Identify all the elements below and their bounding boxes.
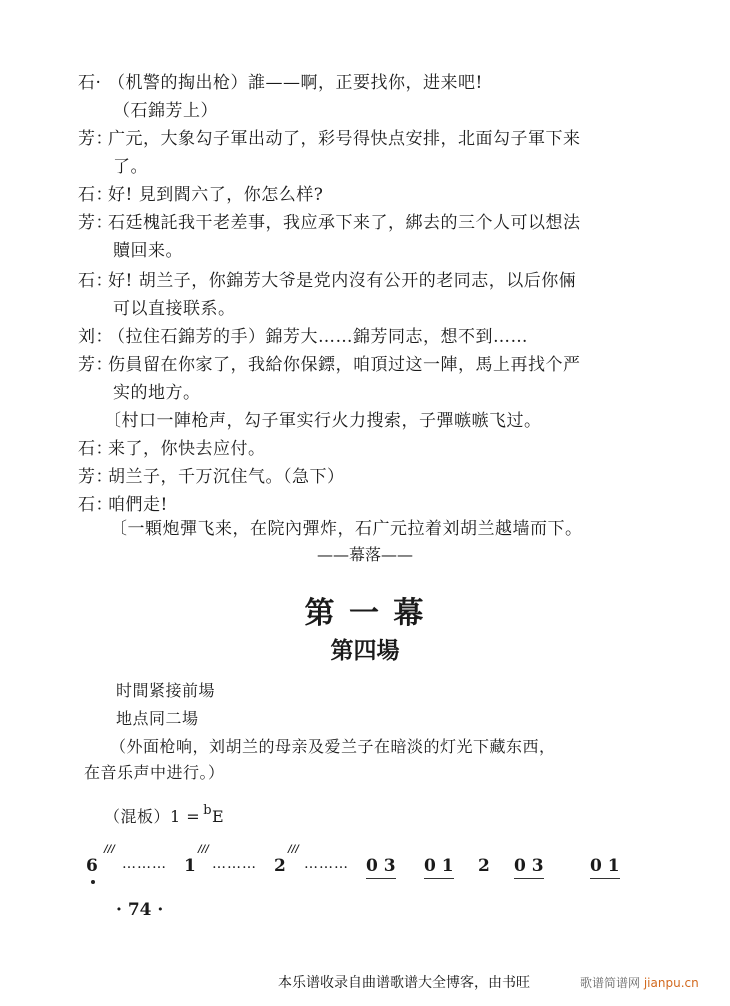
dialogue-text: 伤員留在你家了，我給你保鏢，咱頂过这一陣，馬上再找个严 xyxy=(108,355,581,375)
score-group: 0 3 xyxy=(366,856,396,879)
dialogue-text: 来了，你快去应付。 xyxy=(108,439,266,459)
score-group: 0 1 xyxy=(424,856,454,879)
dialogue-continuation: 实的地方。 xyxy=(113,382,201,404)
tremolo-mark: /// xyxy=(104,844,115,855)
tremolo-mark: /// xyxy=(288,844,299,855)
dialogue-continuation: 贖回来。 xyxy=(113,240,183,262)
flat-sign: b xyxy=(203,803,212,818)
scene-time: 时間紧接前場 xyxy=(116,680,215,702)
dialogue-text: 咱們走! xyxy=(108,495,168,515)
dialogue-line: 石：来了，你快去应付。 xyxy=(78,438,266,460)
speaker-label: 芳： xyxy=(78,466,108,488)
dialogue-continuation: 可以直接联系。 xyxy=(113,298,236,320)
dialogue-line: 芳：石廷槐託我干老差事，我应承下来了，綁去的三个人可以想法 xyxy=(78,212,581,234)
dotted-line: ……… xyxy=(122,856,167,872)
act-title: 第 一 幕 xyxy=(0,588,730,632)
speaker-label: 芳： xyxy=(78,128,108,150)
watermark: 歌谱简谱网 jianpu.cn xyxy=(580,974,699,991)
dialogue-line: 石·（机警的掏出枪）誰——啊，正要找你，进来吧! xyxy=(78,72,483,94)
score-group: 0 1 xyxy=(590,856,620,879)
tremolo-mark: /// xyxy=(198,844,209,855)
dialogue-line: 芳：胡兰子，千万沉住气。（急下） xyxy=(78,466,345,488)
low-octave-dot xyxy=(91,880,95,884)
stage-direction: 〔一顆炮彈飞来，在院內彈炸，石广元拉着刘胡兰越墙而下。 xyxy=(110,518,583,540)
dialogue-text: 好! 見到閻六了，你怎么样? xyxy=(108,185,323,205)
tempo-key-label: （混板）1 = xyxy=(104,807,200,826)
speaker-label: 石： xyxy=(78,438,108,460)
watermark-site: 歌谱简谱网 xyxy=(580,976,640,990)
speaker-label: 石： xyxy=(78,270,108,292)
scene-title: 第四場 xyxy=(0,632,730,665)
dialogue-line: 石：好! 見到閻六了，你怎么样? xyxy=(78,184,323,206)
speaker-label: 石： xyxy=(78,184,108,206)
score-note: 2 xyxy=(274,856,286,876)
speaker-label: 石· xyxy=(78,72,108,94)
key-note: E xyxy=(212,807,224,826)
score-group: 2 xyxy=(478,856,490,876)
dialogue-text: （拉住石錦芳的手）錦芳大……錦芳同志，想不到…… xyxy=(108,327,528,347)
document-page: 石·（机警的掏出枪）誰——啊，正要找你，进来吧! （石錦芳上） 芳：广元，大象勾… xyxy=(0,0,730,1006)
dialogue-text: 好! 胡兰子，你錦芳大爷是党内沒有公开的老同志，以后你倆 xyxy=(108,271,576,291)
curtain-fall: ——幕落—— xyxy=(0,542,730,565)
scene-direction: （外面枪响，刘胡兰的母亲及爱兰子在暗淡的灯光下藏东西， xyxy=(110,736,556,758)
dialogue-line: 刘：（拉住石錦芳的手）錦芳大……錦芳同志，想不到…… xyxy=(78,326,528,348)
dialogue-line: 芳：广元，大象勾子軍出动了，彩号得快点安排，北面勾子軍下来 xyxy=(78,128,581,150)
dotted-line: ……… xyxy=(212,856,257,872)
dialogue-text: 广元，大象勾子軍出动了，彩号得快点安排，北面勾子軍下来 xyxy=(108,129,581,149)
stage-direction: 〔村口一陣枪声，勾子軍实行火力搜索，子彈嗾嗾飞过。 xyxy=(104,410,542,432)
footer-notice: 本乐谱收录自曲谱歌谱大全博客，由书旺 xyxy=(278,972,530,992)
speaker-label: 石： xyxy=(78,494,108,516)
dotted-line: ……… xyxy=(304,856,349,872)
dialogue-line: 芳：伤員留在你家了，我給你保鏢，咱頂过这一陣，馬上再找个严 xyxy=(78,354,581,376)
watermark-domain: jianpu.cn xyxy=(644,976,699,990)
dialogue-text: 胡兰子，千万沉住气。（急下） xyxy=(108,467,345,487)
stage-direction: （石錦芳上） xyxy=(113,100,218,122)
speaker-label: 芳： xyxy=(78,354,108,376)
page-number: · 74 · xyxy=(116,900,163,920)
dialogue-continuation: 了。 xyxy=(113,156,148,178)
score-tempo-key: （混板）1 =bE xyxy=(104,806,224,830)
dialogue-line: 石：咱們走! xyxy=(78,494,168,516)
speaker-label: 刘： xyxy=(78,326,108,348)
speaker-label: 芳： xyxy=(78,212,108,234)
dialogue-line: 石：好! 胡兰子，你錦芳大爷是党内沒有公开的老同志，以后你倆 xyxy=(78,270,576,292)
dialogue-text: 石廷槐託我干老差事，我应承下来了，綁去的三个人可以想法 xyxy=(108,213,581,233)
dialogue-text: （机警的掏出枪）誰——啊，正要找你，进来吧! xyxy=(108,73,483,93)
scene-place: 地点同二場 xyxy=(116,708,199,730)
score-note: 1 xyxy=(184,856,196,876)
score-group: 0 3 xyxy=(514,856,544,879)
scene-direction-cont: 在音乐声中进行。） xyxy=(84,762,225,784)
score-note: 6 xyxy=(86,856,98,876)
